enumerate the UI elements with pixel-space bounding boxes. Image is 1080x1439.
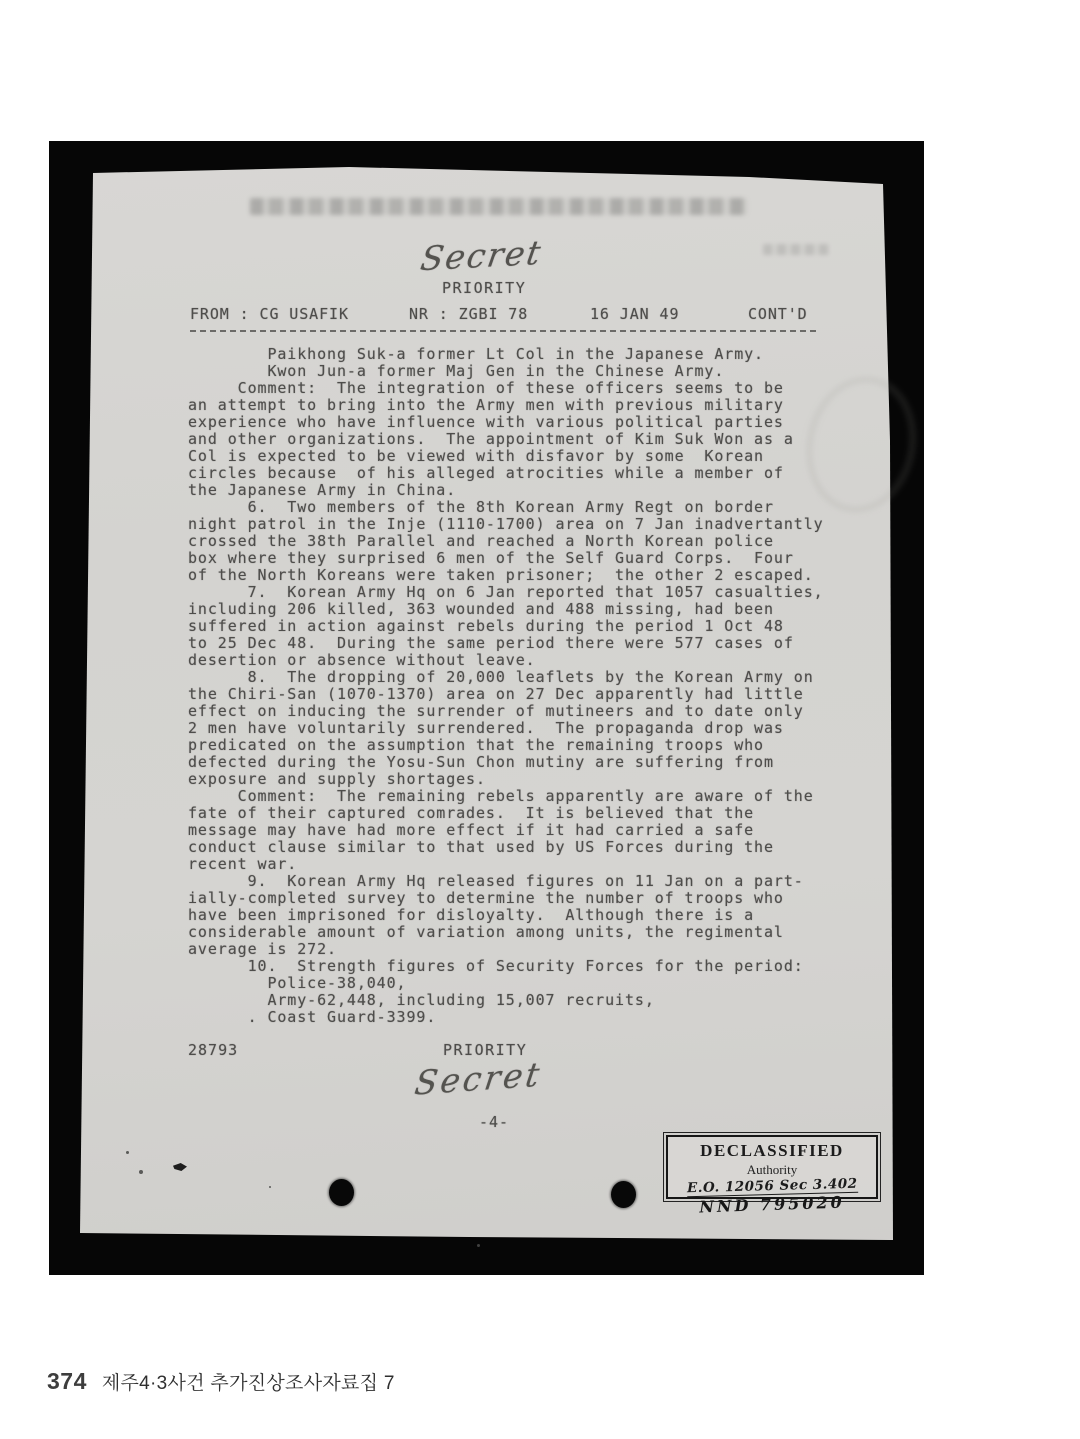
paper-content: Secret PRIORITY FROM : CG USAFIK NR : ZG… (49, 141, 924, 1275)
book-page-number: 374 (47, 1368, 87, 1395)
priority-label-top: PRIORITY (442, 279, 526, 297)
paper-speck (139, 1170, 143, 1174)
handwritten-secret-top: Secret (418, 233, 545, 279)
declassified-stamp-authority: Authority E.O. 12056 Sec 3.402 (668, 1162, 876, 1195)
header-from: FROM : CG USAFIK (190, 305, 349, 323)
punch-hole-left (329, 1179, 354, 1206)
document-photograph: Secret PRIORITY FROM : CG USAFIK NR : ZG… (49, 141, 924, 1275)
authority-label: Authority (747, 1162, 798, 1177)
serial-number: 28793 (188, 1041, 238, 1059)
handwritten-secret-bottom: Secret (412, 1054, 544, 1102)
smudged-header-line (250, 198, 747, 215)
header-contd: CONT'D (748, 305, 808, 323)
header-date: 16 JAN 49 (590, 305, 679, 323)
faint-smudge (763, 244, 829, 255)
declassified-stamp-title: DECLASSIFIED (668, 1141, 876, 1161)
pencil-mark (173, 1163, 187, 1171)
punch-hole-right (611, 1181, 636, 1208)
header-dashed-underline (190, 330, 816, 332)
paper-speck (126, 1151, 129, 1154)
book-caption: 374 제주4·3사건 추가진상조사자료집 7 (47, 1368, 395, 1395)
message-body-text: Paikhong Suk-a former Lt Col in the Japa… (188, 346, 824, 1026)
paper-speck (477, 1244, 480, 1247)
page-number: -4- (479, 1113, 509, 1131)
declassified-stamp: DECLASSIFIED Authority E.O. 12056 Sec 3.… (666, 1135, 878, 1199)
paper-speck (269, 1186, 271, 1188)
header-nr: NR : ZGBI 78 (409, 305, 528, 323)
message-header-row: FROM : CG USAFIK NR : ZGBI 78 16 JAN 49 … (49, 305, 924, 331)
book-title: 제주4·3사건 추가진상조사자료집 7 (102, 1368, 395, 1395)
